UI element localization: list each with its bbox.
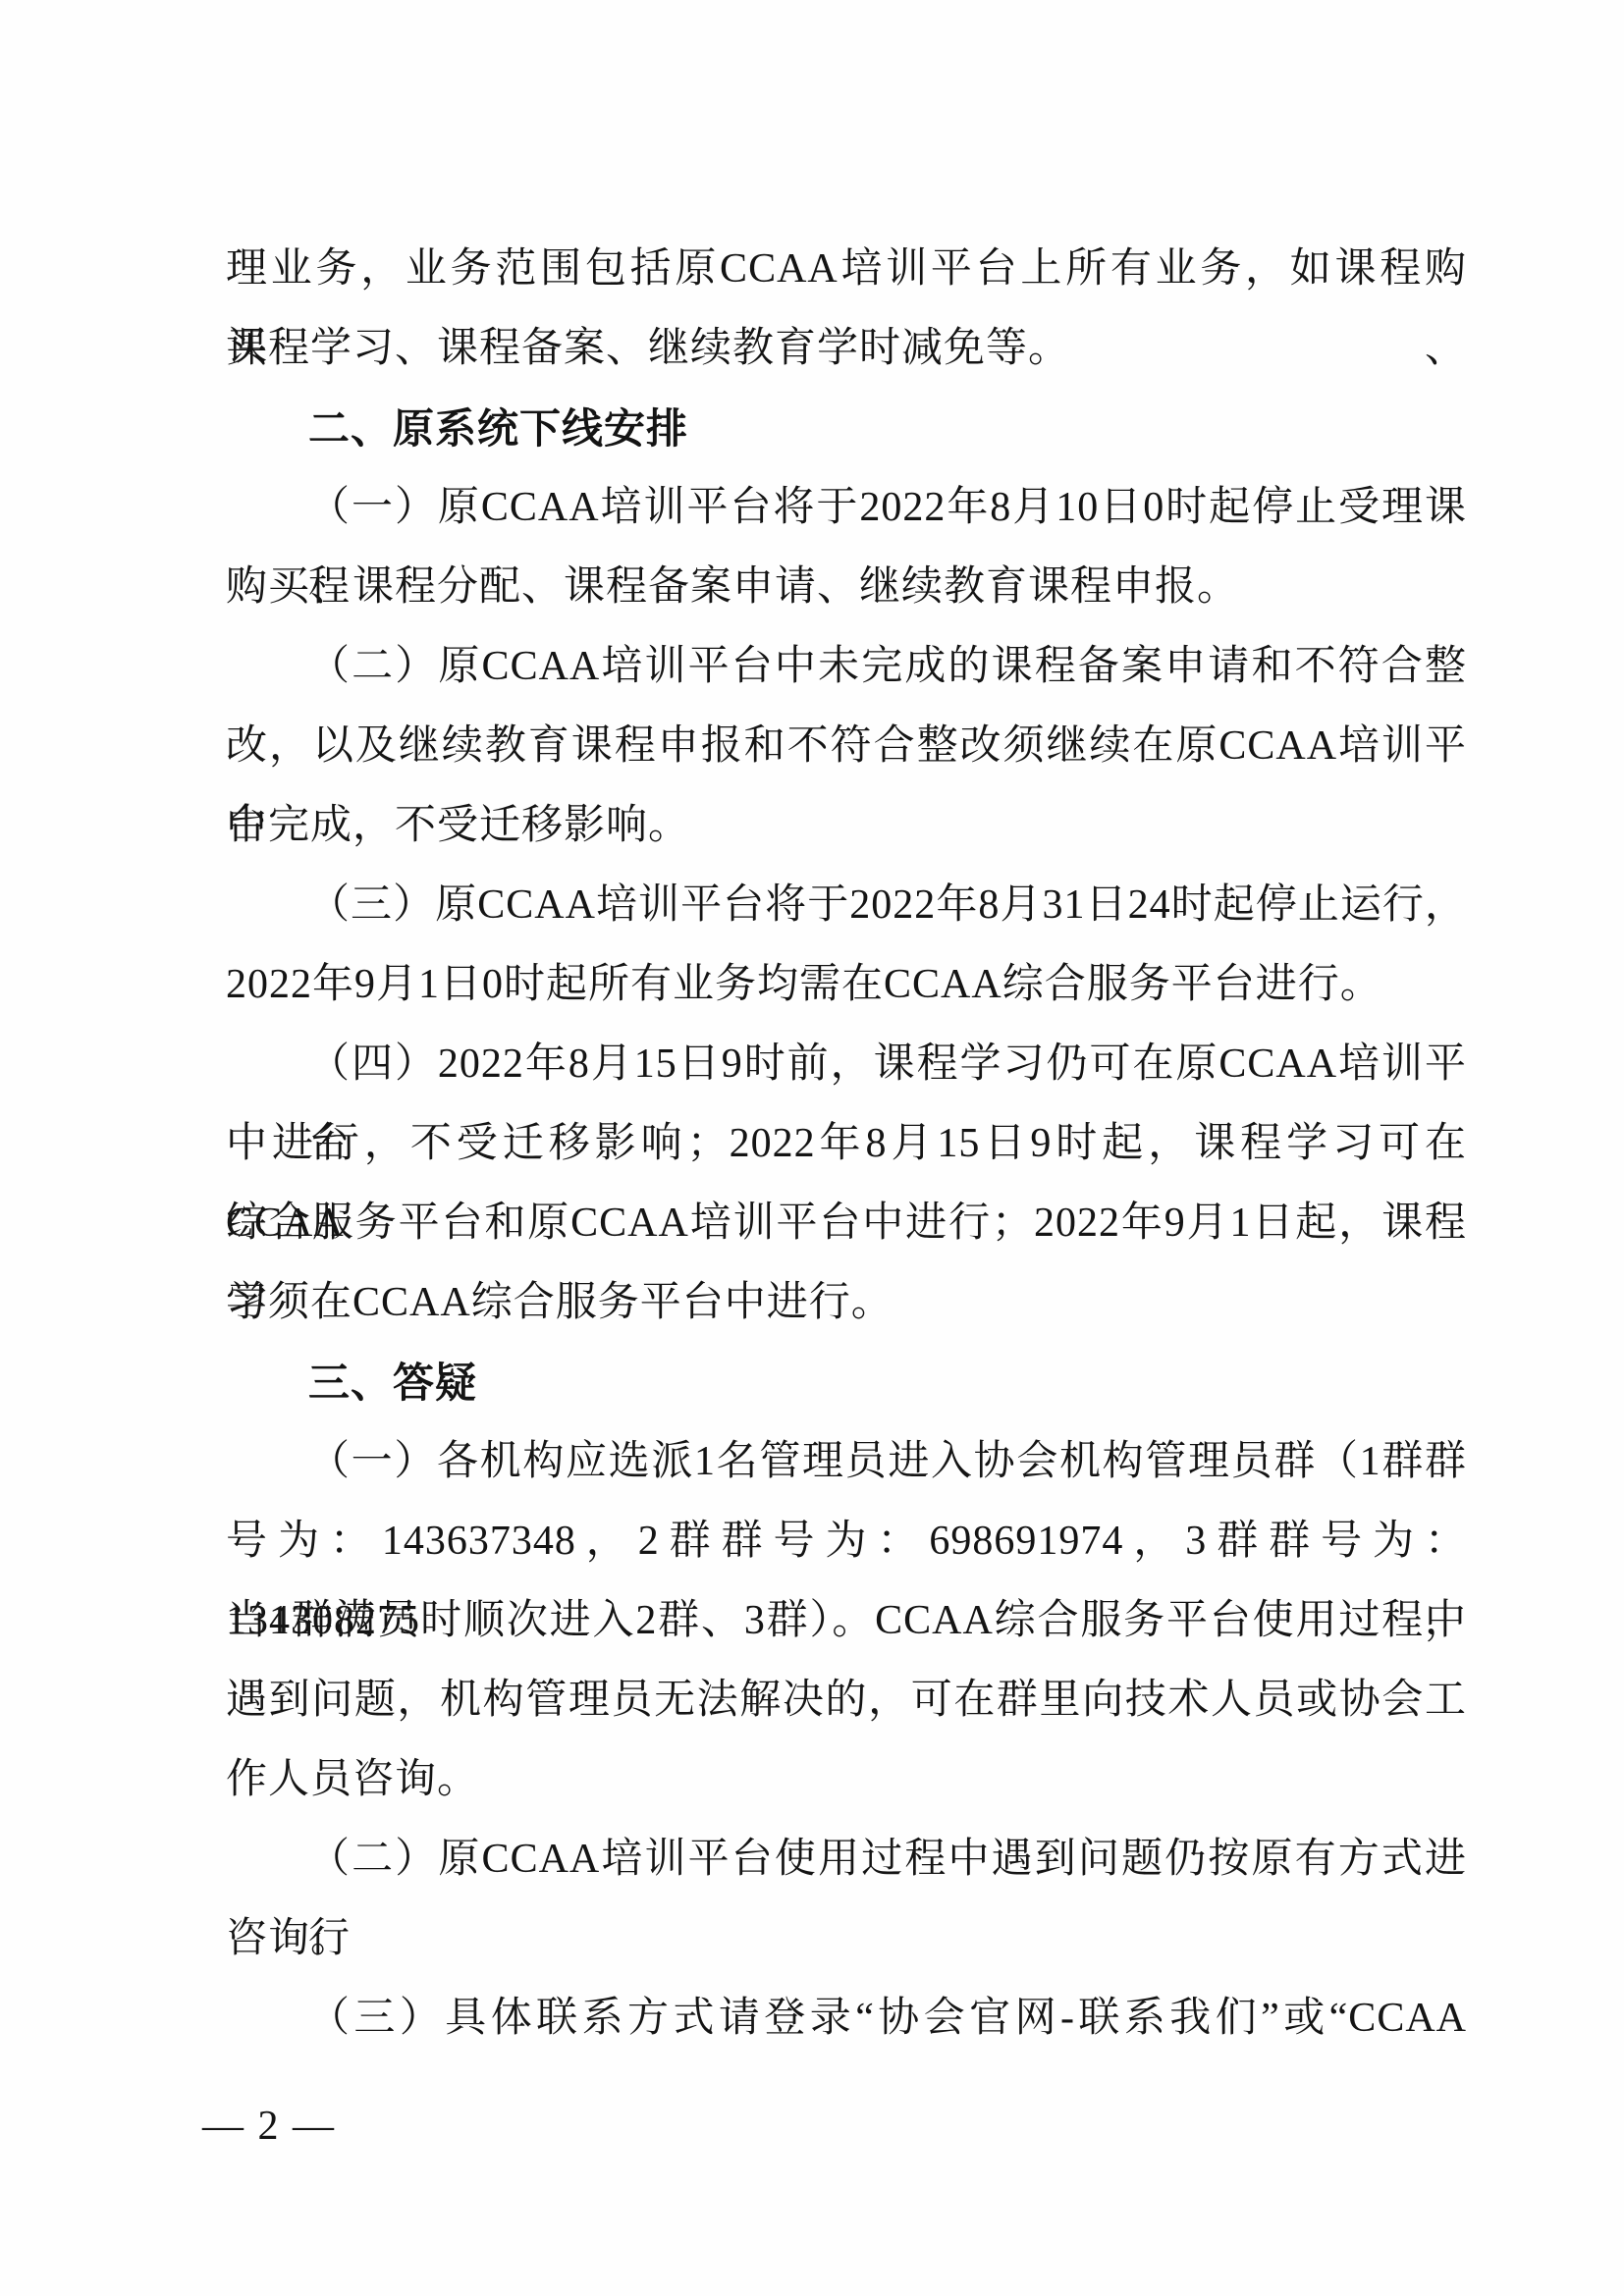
- body-line: 咨询。: [226, 1899, 1467, 1979]
- body-line: 购买、课程分配、课程备案申请、继续教育课程申报。: [226, 548, 1467, 627]
- body-line: （三）原CCAA培训平台将于2022年8月31日24时起停止运行，: [226, 866, 1467, 945]
- body-line: （三）具体联系方式请登录“协会官网-联系我们”或“CCAA: [226, 1979, 1467, 2058]
- body-line: 2022年9月1日0时起所有业务均需在CCAA综合服务平台进行。: [226, 945, 1467, 1025]
- document-body: 理业务，业务范围包括原CCAA培训平台上所有业务，如课程购买、 课程学习、课程备…: [226, 230, 1467, 2058]
- section-heading-2: 二、原系统下线安排: [226, 389, 1467, 468]
- body-line: （一）原CCAA培训平台将于2022年8月10日0时起停止受理课程: [226, 468, 1467, 548]
- body-line: 当1群满员时顺次进入2群、3群）。CCAA综合服务平台使用过程中: [226, 1581, 1467, 1661]
- body-line: （二）原CCAA培训平台使用过程中遇到问题仍按原有方式进行: [226, 1820, 1467, 1899]
- body-line: 遇到问题，机构管理员无法解决的，可在群里向技术人员或协会工: [226, 1661, 1467, 1740]
- body-line: 习须在CCAA综合服务平台中进行。: [226, 1263, 1467, 1343]
- document-page: 理业务，业务范围包括原CCAA培训平台上所有业务，如课程购买、 课程学习、课程备…: [0, 0, 1624, 2296]
- body-line: 综合服务平台和原CCAA培训平台中进行；2022年9月1日起，课程学: [226, 1184, 1467, 1263]
- body-line: （一）各机构应选派1名管理员进入协会机构管理员群（1群群: [226, 1422, 1467, 1502]
- body-line: 作人员咨询。: [226, 1740, 1467, 1820]
- body-line: 理业务，业务范围包括原CCAA培训平台上所有业务，如课程购买、: [226, 230, 1467, 309]
- body-line: （四）2022年8月15日9时前，课程学习仍可在原CCAA培训平台: [226, 1025, 1467, 1104]
- body-line: 中完成，不受迁移影响。: [226, 786, 1467, 866]
- page-number: — 2 —: [202, 2097, 336, 2156]
- body-line: 中进行，不受迁移影响；2022年8月15日9时起，课程学习可在CCAA: [226, 1104, 1467, 1184]
- body-line: （二）原CCAA培训平台中未完成的课程备案申请和不符合整: [226, 627, 1467, 707]
- body-line: 号为：143637348，2群群号为：698691974，3群群号为：13430…: [226, 1502, 1467, 1581]
- section-heading-3: 三、答疑: [226, 1343, 1467, 1422]
- body-line: 改，以及继续教育课程申报和不符合整改须继续在原CCAA培训平台: [226, 707, 1467, 786]
